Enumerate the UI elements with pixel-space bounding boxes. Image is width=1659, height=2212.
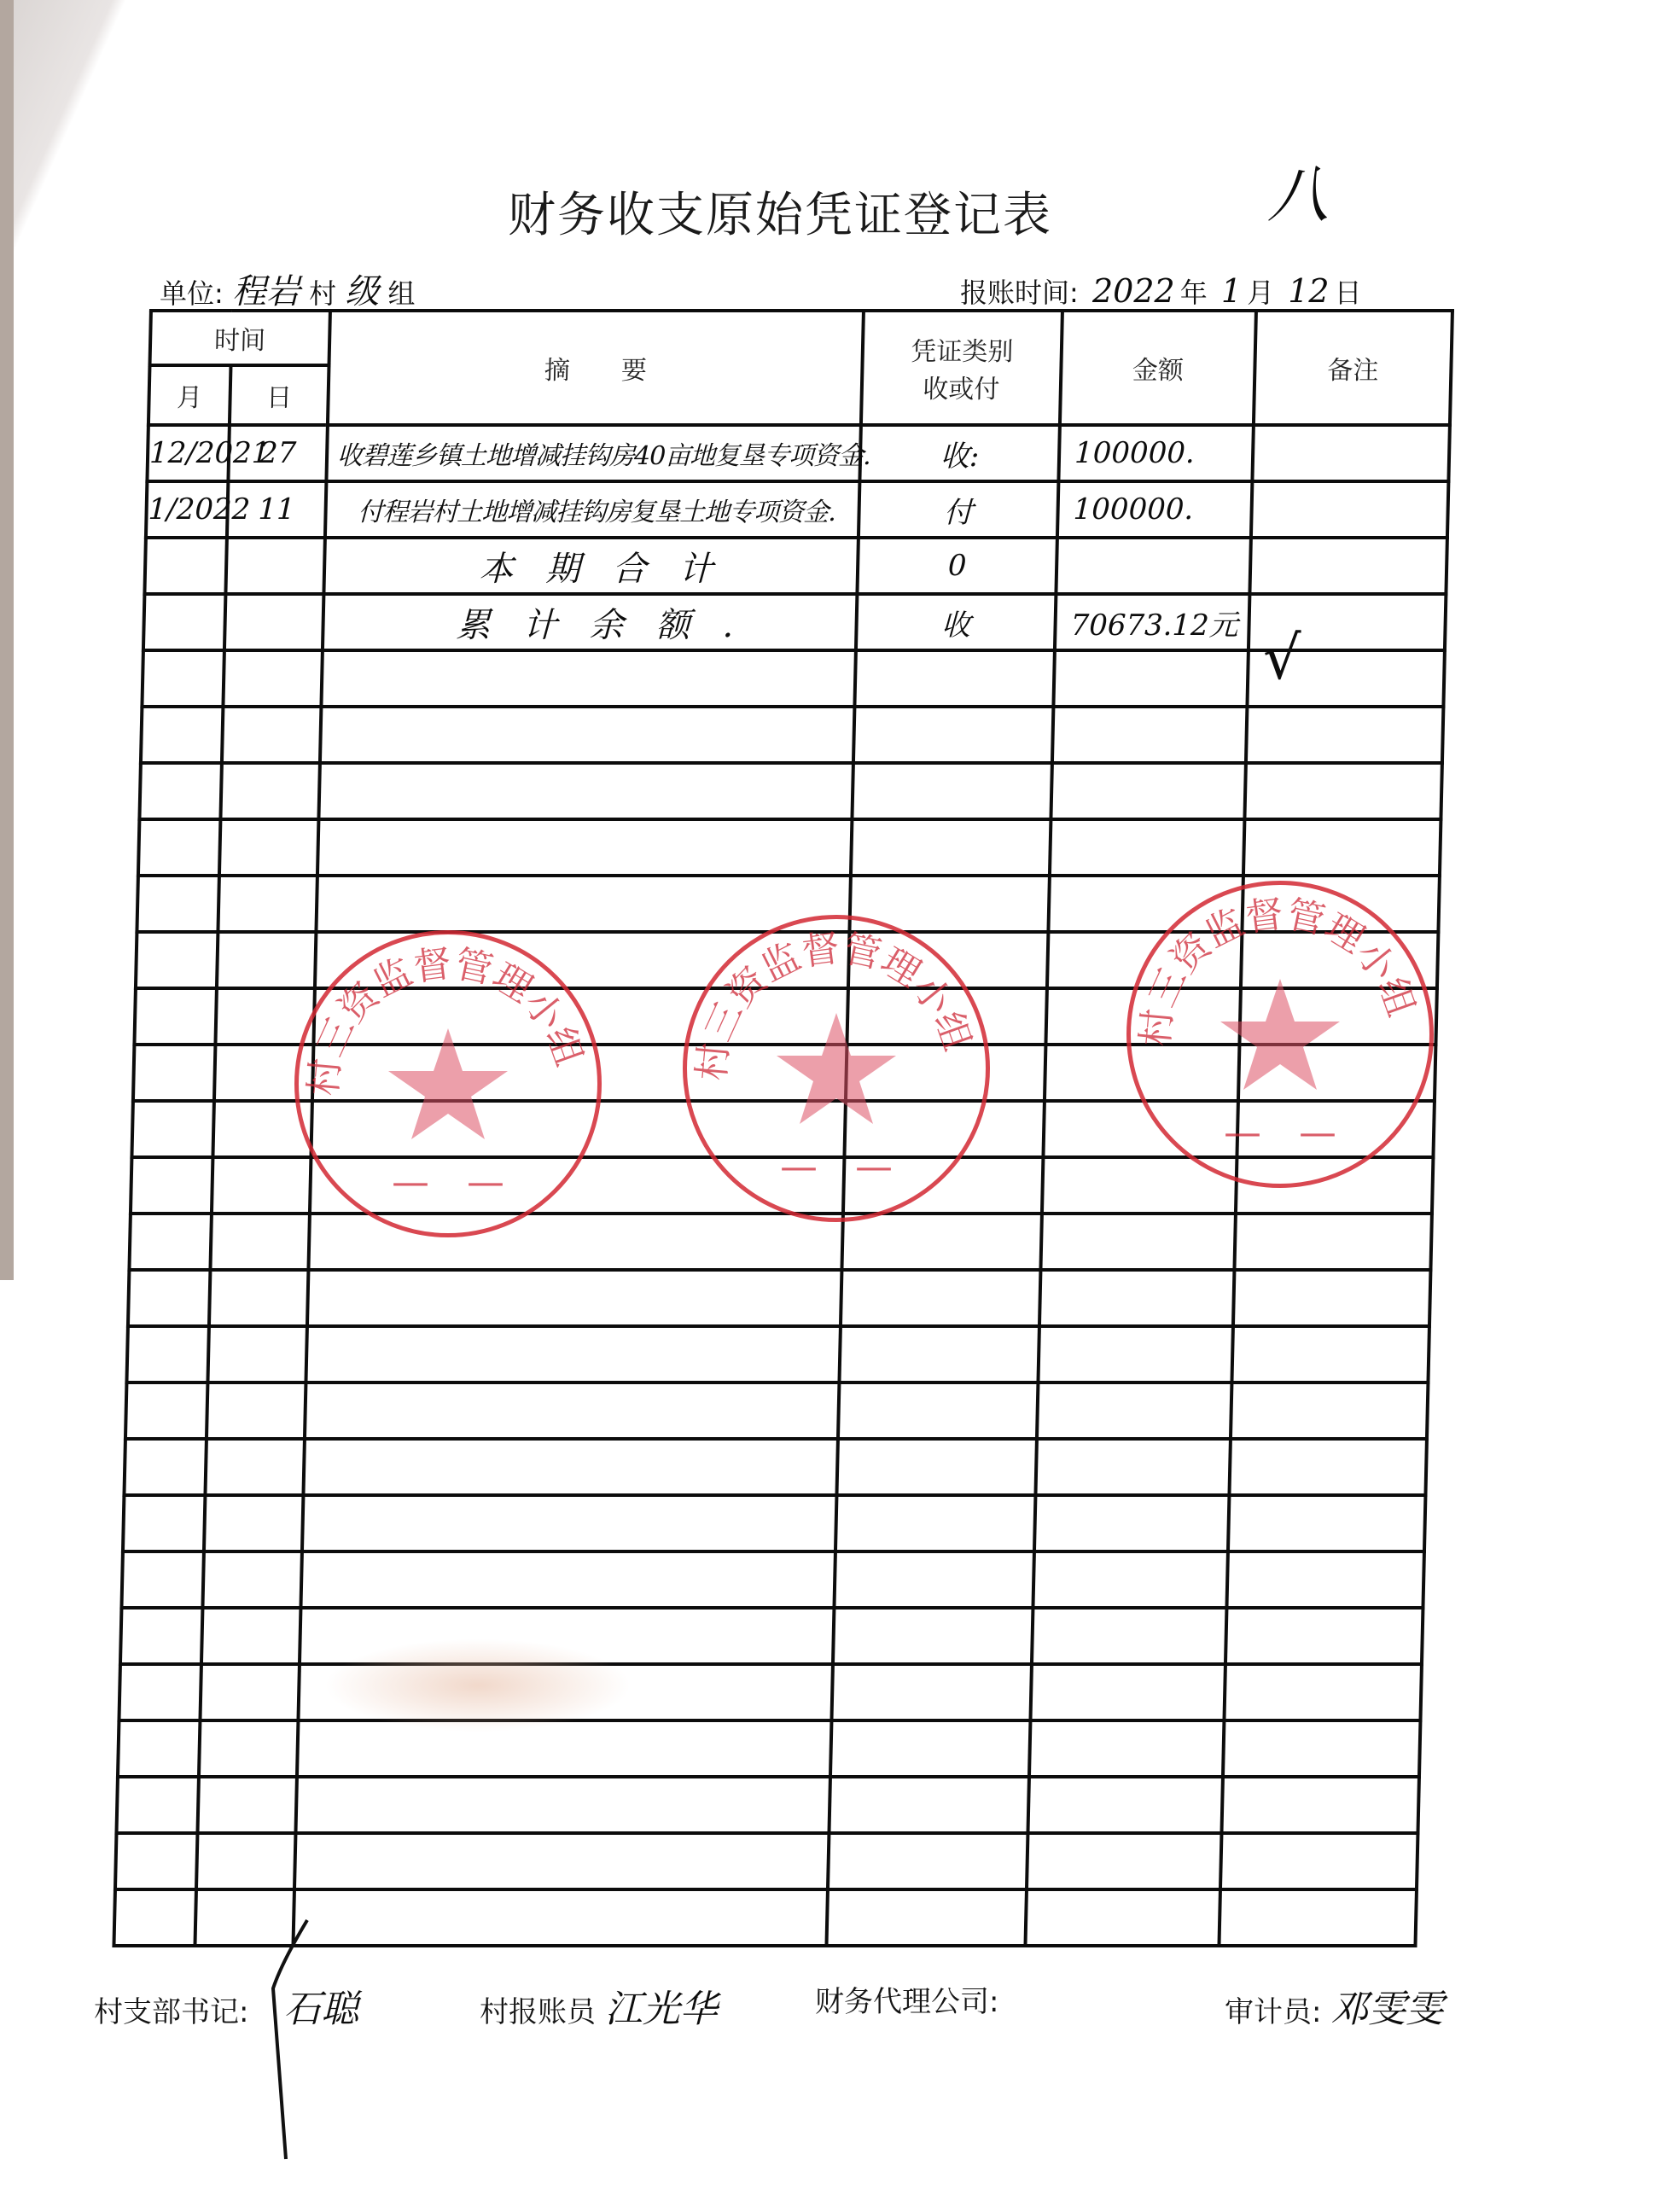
cell-summary (321, 650, 855, 707)
cell-day (197, 1777, 296, 1833)
header-summary: 摘 要 (328, 311, 864, 425)
cell-voucher-type-text: 0 (947, 549, 967, 583)
cell-voucher-type-text: 收: (940, 439, 979, 474)
cell-month: 1/2022 (146, 481, 228, 538)
cell-amount (1052, 707, 1247, 763)
auditor-label: 审计员: (1225, 1995, 1321, 2029)
cell-remark (1251, 481, 1448, 538)
background-edge (0, 0, 14, 1280)
page-title: 财务收支原始凭证登记表 (508, 178, 1052, 246)
cell-day (219, 819, 318, 876)
cell-month (138, 819, 220, 876)
cell-month (121, 1551, 203, 1608)
auditor-signature: 邓雯雯 (1330, 1988, 1443, 2031)
table-row (124, 1439, 1426, 1495)
cell-remark (1233, 1270, 1430, 1326)
cell-month (134, 988, 216, 1045)
cell-amount (1032, 1608, 1226, 1664)
table-row (119, 1664, 1421, 1720)
report-year: 2022 (1087, 272, 1180, 310)
cell-summary (300, 1551, 835, 1608)
cell-amount: 70673.12元 (1055, 594, 1249, 650)
cell-month (125, 1382, 207, 1439)
table-row (138, 819, 1441, 876)
cell-month (124, 1439, 206, 1495)
cell-day (204, 1495, 303, 1551)
header-amount: 金额 (1060, 311, 1256, 425)
cell-day (200, 1664, 299, 1720)
cell-remark (1224, 1664, 1421, 1720)
cell-day (218, 876, 317, 932)
cell-remark (1219, 1889, 1416, 1946)
agent-company-block: 财务代理公司: (815, 1978, 998, 2020)
cell-amount (1029, 1720, 1224, 1777)
cell-amount (1034, 1495, 1229, 1551)
cell-summary: 本期合计 (323, 538, 858, 594)
cell-amount (1050, 819, 1244, 876)
cell-voucher-type (826, 1889, 1026, 1946)
cell-day (207, 1326, 306, 1382)
cell-summary (303, 1439, 837, 1495)
cell-voucher-type: 0 (857, 538, 1057, 594)
table-row (139, 763, 1441, 819)
cell-amount (1056, 538, 1250, 594)
cell-month (136, 932, 218, 988)
seal-graphic: 村三资监督管理小组 — — (1131, 885, 1429, 1184)
seal-graphic: 村三资监督管理小组 — — (299, 934, 597, 1233)
cell-month (131, 1157, 212, 1214)
cell-remark (1234, 1214, 1431, 1270)
cell-month (139, 763, 221, 819)
cell-remark (1229, 1439, 1426, 1495)
table-row (128, 1270, 1430, 1326)
cell-month (118, 1720, 200, 1777)
cell-remark (1249, 538, 1447, 594)
header-voucher-type-line2: 收或付 (863, 368, 1059, 405)
cell-month (119, 1664, 201, 1720)
cell-remark (1220, 1833, 1417, 1889)
secretary-label: 村支部书记: (94, 1995, 248, 2029)
cell-day (199, 1720, 298, 1777)
cell-month: 12/2021 (147, 425, 229, 481)
cell-amount (1027, 1777, 1222, 1833)
cell-month-text: 1/2022 (148, 492, 251, 527)
cell-day (202, 1551, 301, 1608)
cell-day (196, 1833, 295, 1889)
table-row: 累计余额.收70673.12元 (143, 594, 1446, 650)
report-date-line: 报账时间: 2022年 1月 12日 (960, 271, 1362, 311)
cell-remark (1243, 819, 1441, 876)
cell-day (207, 1382, 306, 1439)
cell-summary: 收碧莲乡镇土地增减挂钩房40亩地复垦专项资金. (326, 425, 860, 481)
cell-remark (1223, 1720, 1420, 1777)
seal-bottom-text: — — (392, 1161, 504, 1204)
table-row: 本期合计0 (144, 538, 1447, 594)
table-row (118, 1720, 1420, 1777)
clerk-signature-block: 村报账员 江光华 (480, 1978, 718, 2033)
cell-amount (1027, 1833, 1221, 1889)
month-suffix: 月 (1247, 276, 1274, 309)
day-suffix: 日 (1335, 276, 1362, 309)
report-date-label: 报账时间: (960, 276, 1079, 309)
cell-voucher-type: 收 (856, 594, 1056, 650)
cell-amount-text: 100000. (1073, 492, 1194, 527)
cell-summary (317, 819, 852, 876)
cell-summary (293, 1889, 827, 1946)
cell-amount (1039, 1270, 1234, 1326)
cell-summary (306, 1326, 840, 1382)
cell-amount (1040, 1214, 1235, 1270)
cell-voucher-type: 付 (859, 481, 1058, 538)
cell-day (210, 1214, 309, 1270)
table-row: 12/202127收碧莲乡镇土地增减挂钩房40亩地复垦专项资金.收:100000… (147, 425, 1449, 481)
cell-voucher-type (831, 1664, 1031, 1720)
cell-voucher-type (829, 1777, 1028, 1833)
header-time: 时间 (150, 311, 330, 365)
cell-summary (318, 763, 853, 819)
cell-amount (1051, 763, 1245, 819)
official-seal-2: 村三资监督管理小组 — — (683, 915, 990, 1222)
unit-label: 单位: (160, 277, 224, 310)
cell-month (143, 594, 225, 650)
table-row (126, 1326, 1429, 1382)
cell-amount: 100000. (1058, 425, 1253, 481)
cell-amount (1025, 1889, 1220, 1946)
cell-summary (295, 1777, 829, 1833)
cell-voucher-type (828, 1833, 1027, 1889)
cell-amount (1035, 1439, 1230, 1495)
report-month: 1 (1216, 272, 1247, 310)
table-row (141, 707, 1443, 763)
cell-month (133, 1045, 215, 1101)
cell-month (137, 876, 218, 932)
seal-graphic: 村三资监督管理小组 — — (687, 919, 986, 1218)
cell-day-text: 27 (259, 436, 297, 470)
cell-summary (294, 1833, 829, 1889)
cell-month (128, 1270, 210, 1326)
agent-company-label: 财务代理公司: (815, 1985, 998, 2019)
cell-voucher-type (833, 1608, 1033, 1664)
star-icon (777, 1013, 896, 1124)
cell-month-text: 12/2021 (149, 436, 271, 470)
cell-month (120, 1608, 202, 1664)
cell-summary-text: 本期合计 (445, 550, 746, 589)
cell-day-text: 11 (258, 492, 295, 527)
cell-remark (1244, 763, 1441, 819)
cell-month (115, 1833, 197, 1889)
table-row (120, 1608, 1423, 1664)
cell-voucher-type-text: 付 (944, 496, 974, 530)
header-month: 月 (148, 365, 231, 425)
cell-remark (1246, 707, 1443, 763)
header-voucher-type: 凭证类别 收或付 (861, 311, 1062, 425)
cell-day (212, 1157, 311, 1214)
cell-day (209, 1270, 308, 1326)
cell-summary-text: 收碧莲乡镇土地增减挂钩房40亩地复垦专项资金. (337, 441, 871, 471)
clerk-label: 村报账员 (480, 1995, 596, 2029)
cell-month (144, 538, 226, 594)
cell-day (201, 1608, 300, 1664)
cell-amount-text: 70673.12元 (1070, 608, 1238, 643)
cell-remark (1231, 1326, 1429, 1382)
cell-summary: 累计余额. (323, 594, 857, 650)
seal-bottom-text: — — (1224, 1111, 1336, 1155)
table-row (123, 1495, 1425, 1551)
clerk-signature: 江光华 (605, 1988, 718, 2031)
cell-summary (320, 707, 854, 763)
cell-voucher-type (835, 1495, 1035, 1551)
cell-summary: 付程岩村土地增减挂钩房复垦土地专项资金. (325, 481, 859, 538)
cell-day (225, 538, 324, 594)
cell-amount-text: 100000. (1074, 436, 1196, 470)
cell-voucher-type-text: 收 (941, 608, 971, 643)
cell-day (223, 650, 322, 707)
header-day: 日 (230, 365, 329, 425)
cell-summary-text: 付程岩村土地增减挂钩房复垦土地专项资金. (358, 498, 835, 527)
cell-voucher-type (834, 1551, 1033, 1608)
cell-voucher-type (830, 1720, 1030, 1777)
cell-voucher-type (841, 1270, 1040, 1326)
cell-amount (1053, 650, 1248, 707)
cell-amount (1030, 1664, 1225, 1720)
cell-voucher-type (854, 650, 1054, 707)
cell-summary-text: 累计余额. (422, 606, 766, 645)
cell-voucher-type (838, 1382, 1038, 1439)
cell-amount (1033, 1551, 1227, 1608)
table-row (121, 1551, 1423, 1608)
star-icon (388, 1028, 508, 1139)
cell-voucher-type (852, 763, 1051, 819)
cell-remark (1226, 1551, 1423, 1608)
year-suffix: 年 (1180, 276, 1208, 309)
cell-remark (1228, 1495, 1425, 1551)
unit-line: 单位: 程岩 村 级 组 (160, 265, 416, 313)
cell-amount (1037, 1382, 1231, 1439)
header-remarks: 备注 (1254, 311, 1452, 425)
cell-month (116, 1777, 198, 1833)
official-seal-3: 村三资监督管理小组 — — (1126, 881, 1434, 1188)
seal-bottom-text: — — (780, 1145, 893, 1189)
cell-voucher-type (851, 819, 1051, 876)
cell-voucher-type (839, 1326, 1039, 1382)
unit-group-suffix: 组 (388, 277, 416, 310)
table-row (125, 1382, 1428, 1439)
cell-month (141, 707, 223, 763)
unit-village-handwritten: 程岩 (232, 272, 300, 311)
unit-village-suffix: 村 (309, 277, 336, 310)
table-row (115, 1833, 1417, 1889)
cell-month (123, 1495, 205, 1551)
cell-remark (1221, 1777, 1418, 1833)
page-number-mark: 八 (1267, 145, 1329, 234)
cell-day (205, 1439, 304, 1495)
cell-remark (1231, 1382, 1428, 1439)
cell-summary (307, 1270, 841, 1326)
cell-month (142, 650, 224, 707)
cell-month (131, 1101, 213, 1157)
check-mark: √ (1263, 623, 1301, 693)
header-voucher-type-line1: 凭证类别 (864, 330, 1060, 368)
star-icon (1220, 979, 1340, 1090)
cell-day (220, 763, 319, 819)
cell-voucher-type (841, 1214, 1041, 1270)
cell-month (114, 1889, 195, 1946)
cell-day (222, 707, 321, 763)
report-day: 12 (1283, 272, 1334, 310)
auditor-signature-block: 审计员: 邓雯雯 (1225, 1978, 1443, 2033)
cell-remark (1252, 425, 1449, 481)
cell-remark (1225, 1608, 1423, 1664)
cell-amount: 100000. (1057, 481, 1252, 538)
cell-voucher-type: 收: (859, 425, 1059, 481)
cell-month (126, 1326, 208, 1382)
table-row: 1/202211付程岩村土地增减挂钩房复垦土地专项资金.付100000. (146, 481, 1448, 538)
official-seal-1: 村三资监督管理小组 — — (294, 930, 602, 1237)
paper-smudge (324, 1639, 632, 1732)
cell-voucher-type (836, 1439, 1036, 1495)
table-row (142, 650, 1444, 707)
cell-amount (1038, 1326, 1232, 1382)
cell-month (129, 1214, 211, 1270)
signature-flourish (265, 1912, 333, 2168)
unit-group-handwritten: 级 (345, 272, 379, 311)
cell-voucher-type (853, 707, 1053, 763)
cell-summary (305, 1382, 839, 1439)
cell-summary (302, 1495, 836, 1551)
cell-day (224, 594, 323, 650)
table-row (116, 1777, 1418, 1833)
